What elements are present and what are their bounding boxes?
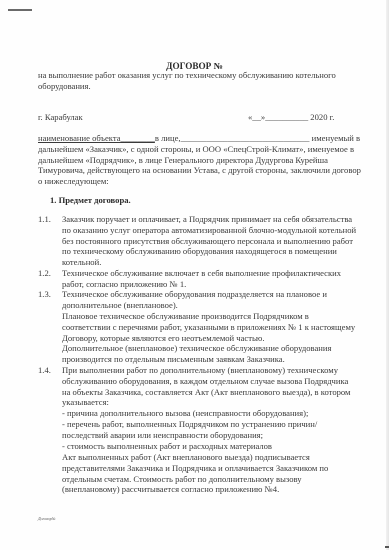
clause-bullet: - стоимость выполненных работ и расходны… (62, 441, 358, 452)
clause-subtext: Плановое техническое обслуживание произв… (62, 311, 358, 343)
in-person-label: в лице, (155, 133, 181, 143)
object-name-field: наименование объекта (38, 133, 121, 143)
city: г. Карабулак (38, 112, 83, 123)
clause-text: Заказчик поручает и оплачивает, а Подряд… (62, 214, 358, 268)
clause-bullet: - перечень работ, выполненных Подрядчико… (62, 419, 358, 441)
clause-subtext: Акт выполненных работ (Акт внепланового … (62, 452, 358, 495)
object-name-blank: ________ (121, 133, 155, 143)
clause-number: 1.2. (38, 268, 51, 279)
section-heading: 1. Предмет договора. (50, 195, 131, 206)
clause-subtext: Дополнительное (внеплановое) техническое… (62, 343, 358, 365)
document-page: ДОГОВОР № на выполнение работ оказания у… (0, 0, 389, 550)
clause-text: Техническое обслуживание включает в себя… (62, 268, 358, 290)
scan-corner-mark (8, 9, 32, 11)
clause-number: 1.4. (38, 365, 51, 376)
page-footer: Договор№ (38, 516, 56, 521)
clause-text: Техническое обслуживание оборудования по… (62, 289, 358, 311)
representative-blank: ______________________________ (181, 133, 310, 143)
clause-bullet: - причина дополнительного вызова (неиспр… (62, 408, 358, 419)
clause-number: 1.3. (38, 289, 51, 300)
scan-bottom-mark (385, 546, 389, 548)
clause-text: При выполнении работ по дополнительному … (62, 365, 358, 408)
document-subtitle: на выполнение работ оказания услуг по те… (38, 70, 358, 92)
contract-date: «__»__________ 2020 г. (248, 112, 334, 123)
parties-paragraph: наименование объекта________в лице,_____… (38, 133, 364, 187)
clause-number: 1.1. (38, 214, 51, 225)
